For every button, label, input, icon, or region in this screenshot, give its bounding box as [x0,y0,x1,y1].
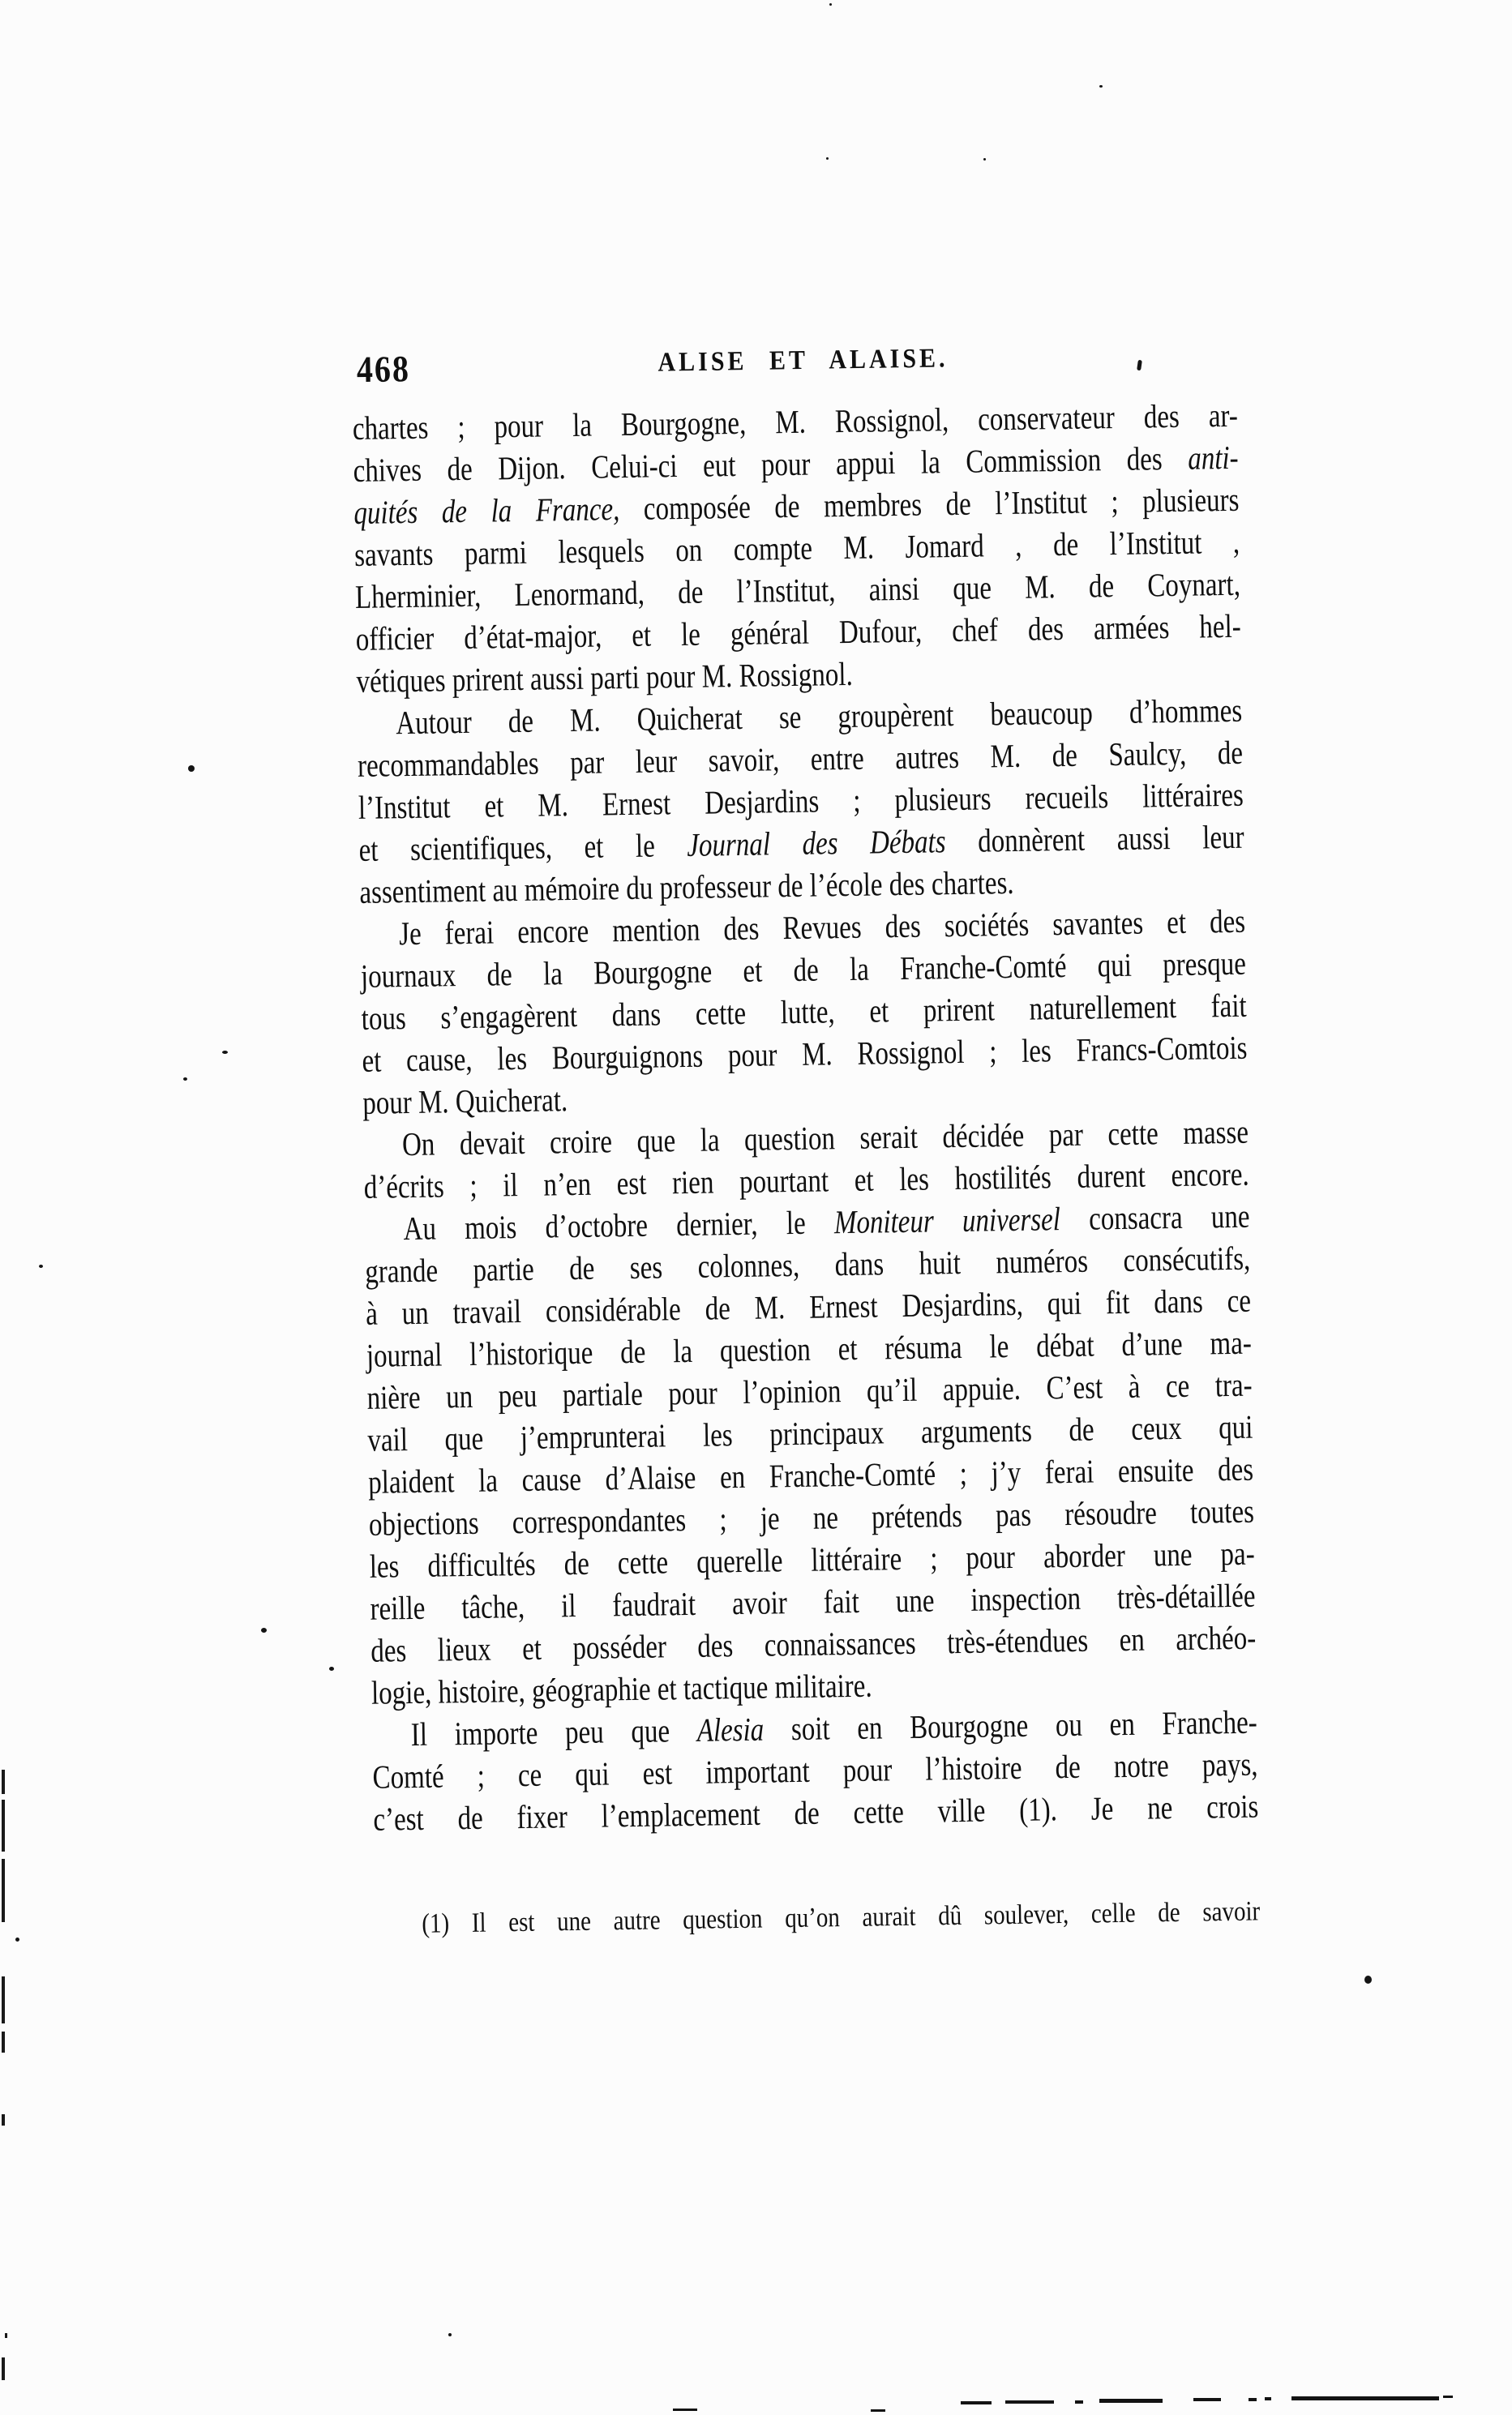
scan-edge-dash [5,2333,7,2338]
printed-block: 468 ALISE ET ALAISE. chartes ; pour la B… [352,339,1261,1941]
scan-bottom-line [1249,2398,1257,2401]
scan-bottom-line [673,2409,697,2411]
scan-edge-dash [2,1800,5,1852]
text-line: c’est de fixer l’emplacement de cette vi… [373,1787,1259,1842]
italic-text-segment: anti- [1188,440,1239,477]
footnote-text: (1) Il est une autre question qu’on aura… [422,1896,1260,1939]
scan-speck [261,1628,267,1633]
scan-bottom-line [1193,2398,1221,2401]
footnote: (1) Il est une autre question qu’on aura… [375,1892,1261,1943]
scan-bottom-line [1075,2400,1083,2404]
scan-speck [188,765,195,772]
scan-bottom-line [1291,2396,1439,2400]
scan-edge-dash [2,1770,5,1794]
text-segment: c’est de fixer l’emplacement de cette vi… [373,1789,1259,1839]
page-header: 468 ALISE ET ALAISE. [352,339,1237,384]
scan-speck [329,1667,334,1671]
scan-bottom-line [871,2409,885,2412]
scan-bottom-line [1099,2399,1163,2403]
scan-speck [983,158,986,161]
scan-bottom-line [961,2401,992,2404]
scan-speck [15,1938,19,1942]
italic-text-segment: Alesia [696,1712,764,1749]
scan-edge-dash [2,1976,5,2023]
scan-bottom-line [1443,2396,1453,2398]
scan-speck [826,157,829,160]
italic-text-segment: Moniteur universel [834,1201,1061,1241]
running-title: ALISE ET ALAISE. [657,343,949,378]
body-text: chartes ; pour la Bourgogne, M. Rossigno… [353,396,1259,1842]
scan-edge-dash [2,2032,5,2053]
scan-speck [1364,1976,1372,1984]
page-number: 468 [356,347,410,392]
book-page: 468 ALISE ET ALAISE. chartes ; pour la B… [0,0,1512,2415]
scan-speck [448,2333,452,2336]
scan-edge-dash [2,2357,5,2380]
scan-bottom-line [1265,2397,1271,2400]
scan-speck [829,3,832,6]
scan-edge-dash [2,2114,5,2126]
scan-speck [183,1077,187,1081]
scan-speck [1099,85,1103,88]
text-segment: pour M. Quicherat. [362,1082,568,1121]
scan-speck [222,1051,228,1054]
scan-bottom-line [1005,2400,1054,2404]
scan-edge-dash [2,1859,5,1922]
text-segment: consacra une [1060,1199,1250,1238]
scan-speck [39,1265,43,1268]
